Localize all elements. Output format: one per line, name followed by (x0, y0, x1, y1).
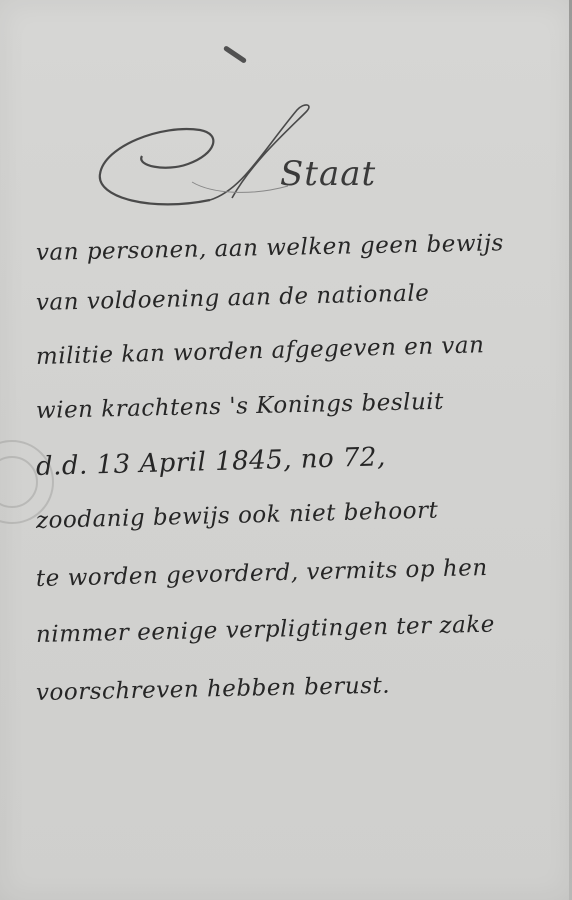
manuscript-page: Staat van personen, aan welken geen bewi… (0, 0, 572, 900)
text-line-2: van voldoening aan de nationale (36, 280, 430, 316)
text-line-7: te worden gevorderd, vermits op hen (36, 555, 488, 592)
text-line-4: wien krachtens 's Konings besluit (36, 389, 444, 424)
text-line-1: van personen, aan welken geen bewijs (36, 230, 504, 266)
text-line-8: nimmer eenige verpligtingen ter zake (36, 612, 495, 648)
text-line-3: militie kan worden afgegeven en van (36, 332, 485, 370)
text-line-9: voorschreven hebben berust. (36, 673, 391, 706)
document-title: Staat (280, 154, 376, 194)
title-flourish: Staat (92, 102, 332, 212)
ink-mark (223, 45, 247, 64)
text-line-5: d.d. 13 April 1845, no 72, (36, 442, 387, 482)
text-line-6: zoodanig bewijs ook niet behoort (36, 497, 439, 534)
